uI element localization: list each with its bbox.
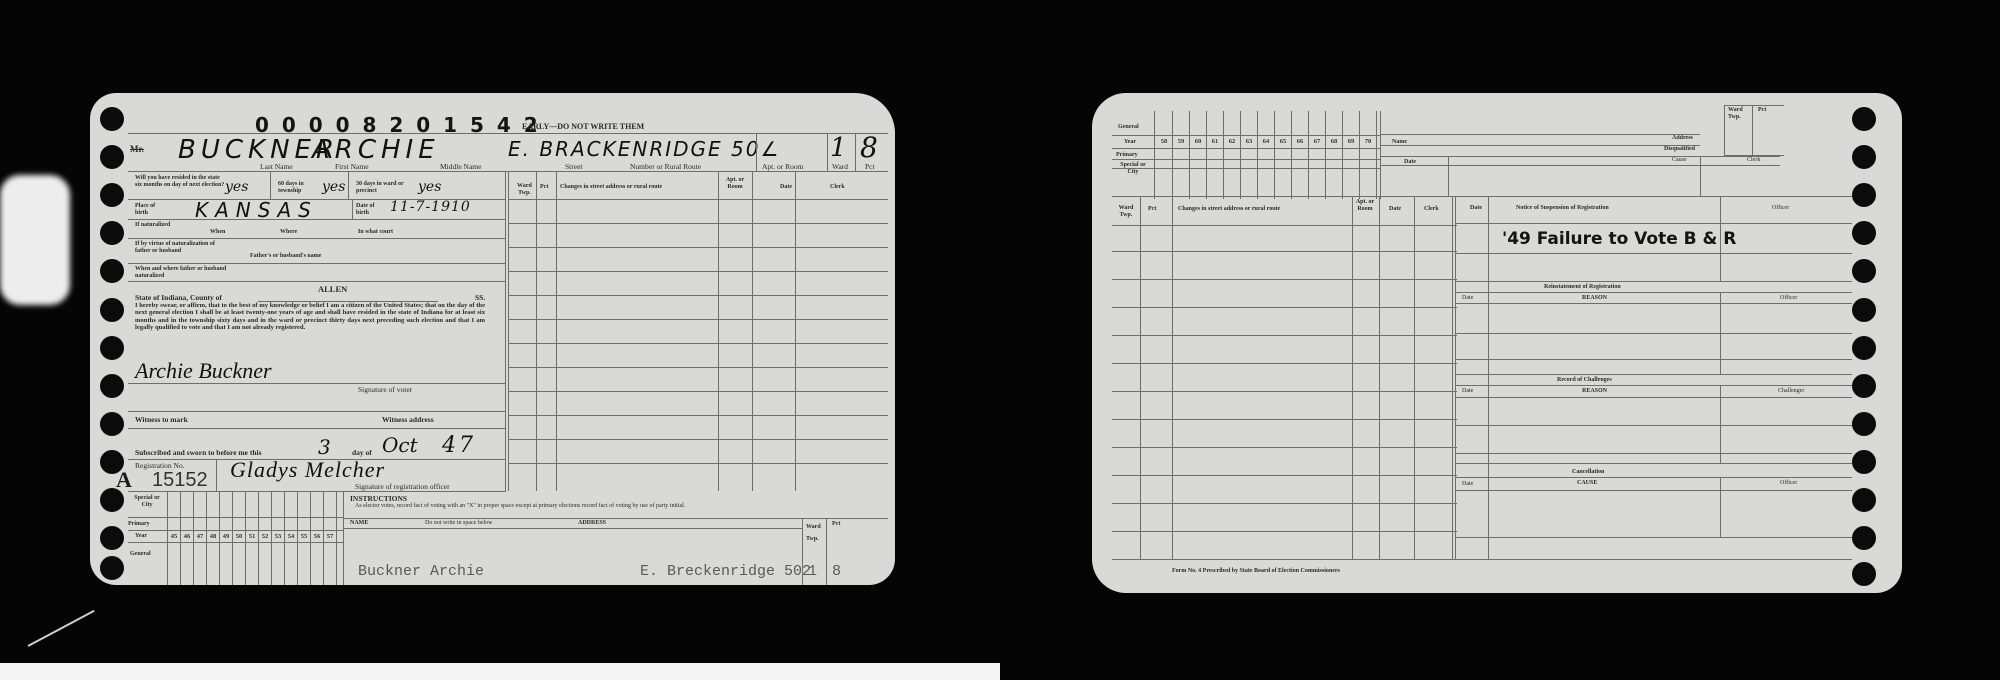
- middle-name-label: Middle Name: [440, 163, 481, 171]
- instructions-text: As elector votes, record fact of voting …: [355, 503, 835, 510]
- front-change-header-address: Changes in street address or rural route: [560, 184, 662, 191]
- officer-signature: Gladys Melcher: [230, 457, 385, 483]
- oath-text: I hereby swear, or affirm, that to the b…: [135, 302, 485, 332]
- naturalization-by-virtue-label: If by virtue of naturalization of father…: [135, 241, 230, 255]
- scan-edge-strip: [0, 663, 1000, 680]
- residence-answer-precinct: yes: [418, 179, 441, 195]
- first-name-label: First Name: [335, 163, 369, 171]
- front-grid-row-primary: Primary: [128, 521, 150, 528]
- top-notice: EARLY—DO NOT WRITE THEM: [522, 123, 644, 131]
- sworn-day-of-label: day of: [352, 449, 372, 457]
- back-grid-row-year: Year: [1124, 139, 1136, 146]
- back-change-header-ward: Ward Twp.: [1114, 205, 1138, 219]
- typed-name: Buckner Archie: [358, 563, 484, 580]
- naturalized-where-label: Where: [280, 229, 297, 236]
- front-grid-row-special: Special or City: [130, 495, 164, 509]
- apt-label: Apt. or Room: [762, 163, 803, 171]
- back-cause-label: Cause: [1672, 157, 1687, 164]
- father-naturalized-label: When and where father or husband natural…: [135, 266, 235, 280]
- registration-number: 15152: [152, 469, 208, 492]
- street-value: E. BRACKENRIDGE 50∠: [508, 137, 780, 161]
- residence-question-precinct: 30 days in ward or precinct: [356, 181, 416, 195]
- back-ward-label: Ward Twp.: [1728, 107, 1748, 121]
- instructions-name-label: NAME: [350, 520, 368, 527]
- sworn-label: Subscribed and sworn to before me this: [135, 449, 262, 457]
- witness-label: Witness to mark: [135, 416, 188, 424]
- challenges-title: Record of Challenges: [1557, 377, 1612, 384]
- back-grid-row-general: General: [1118, 124, 1139, 131]
- front-change-header-date: Date: [780, 184, 792, 191]
- registration-card-front: 0 0 0 0 8 2 0 1 5 4 2 EARLY—DO NOT WRITE…: [90, 93, 895, 585]
- front-grid-row-year: Year: [135, 533, 147, 540]
- back-change-header-date: Date: [1389, 206, 1401, 213]
- witness-address-label: Witness address: [382, 416, 434, 424]
- typed-pct: 8: [832, 563, 841, 580]
- reinstatement-date-label: Date: [1462, 295, 1473, 302]
- birthplace-label: Place of birth: [135, 203, 165, 217]
- challenges-reason-label: REASON: [1582, 388, 1607, 395]
- last-name-label: Last Name: [260, 163, 293, 171]
- sworn-day: 3: [318, 435, 334, 459]
- pct-value: 8: [860, 131, 881, 164]
- sworn-month: Oct: [382, 433, 418, 457]
- back-change-header-apt: Apt. or Room: [1354, 199, 1376, 213]
- back-disqualified-label: Disqualified: [1664, 146, 1695, 153]
- pct-label: Pct: [865, 163, 875, 171]
- residence-answer-township: yes: [322, 179, 345, 195]
- back-change-header-address: Changes in street address or rural route: [1178, 206, 1280, 213]
- residence-answer-state: yes: [225, 179, 248, 195]
- back-grid-row-special: Special or City: [1118, 162, 1148, 176]
- residence-question-state: Will you have resided in the state six m…: [135, 175, 225, 189]
- suspension-officer-label: Officer: [1772, 205, 1789, 212]
- registration-card-back: General Year Primary Special or City 58 …: [1092, 93, 1902, 593]
- back-clerk-label: Clerk: [1747, 157, 1760, 164]
- front-change-header-apt: Apt. or Room: [722, 177, 748, 191]
- punch-holes-left: [100, 93, 136, 585]
- typed-address: E. Breckenridge 502: [640, 563, 811, 580]
- challenges-date-label: Date: [1462, 388, 1473, 395]
- cancellation-cause-label: CAUSE: [1577, 480, 1597, 487]
- reinstatement-reason-label: REASON: [1582, 295, 1607, 302]
- birthdate-label: Date of birth: [356, 203, 384, 217]
- title-prefix: Mr.: [130, 145, 144, 153]
- first-name-value: ARCHIE: [312, 135, 440, 165]
- instructions-no-write: Do not write in space below: [425, 520, 492, 527]
- voter-signature-label: Signature of voter: [358, 386, 412, 394]
- father-name-label: Father's or husband's name: [250, 253, 321, 260]
- back-pct-label: Pct: [1758, 107, 1766, 114]
- suspension-title: Notice of Suspension of Registration: [1516, 205, 1609, 212]
- cancellation-date-label: Date: [1462, 481, 1473, 488]
- cancellation-officer-label: Officer: [1780, 480, 1797, 487]
- instructions-title: INSTRUCTIONS: [350, 495, 407, 503]
- registration-letter: A: [116, 467, 132, 493]
- film-scratch: [28, 610, 95, 647]
- back-grid-row-primary: Primary: [1116, 152, 1138, 159]
- reinstatement-title: Reinstatement of Registration: [1544, 284, 1621, 291]
- back-address-label: Address: [1672, 135, 1693, 142]
- instructions-address-label: ADDRESS: [578, 520, 606, 527]
- street-label: Street: [565, 163, 583, 171]
- county-value: ALLEN: [318, 285, 347, 293]
- oath-state-line: State of Indiana, County of: [135, 294, 222, 302]
- naturalized-when-label: When: [210, 229, 225, 236]
- front-change-header-pct: Pct: [540, 184, 548, 191]
- naturalized-label: If naturalized: [135, 222, 171, 229]
- instructions-pct-label: Pct: [832, 521, 840, 528]
- ward-value: 1: [830, 133, 850, 163]
- number-label: Number or Rural Route: [630, 163, 701, 171]
- voter-signature: Archie Buckner: [135, 358, 272, 384]
- challenges-challenger-label: Challenger: [1778, 388, 1804, 395]
- punch-holes-right: [1852, 93, 1888, 593]
- scanner-glare: [0, 175, 70, 305]
- typed-ward: 1: [808, 563, 817, 580]
- officer-signature-label: Signature of registration officer: [355, 483, 450, 491]
- form-footer: Form No. 4 Prescribed by State Board of …: [1172, 568, 1340, 575]
- front-grid-row-general: General: [130, 551, 151, 558]
- suspension-date-label: Date: [1470, 205, 1482, 212]
- back-change-header-pct: Pct: [1148, 206, 1156, 213]
- oath-ss: SS.: [475, 294, 485, 302]
- back-change-header-clerk: Clerk: [1424, 206, 1439, 213]
- birthdate-value: 11-7-1910: [390, 199, 471, 215]
- residence-question-township: 60 days in township: [278, 181, 328, 195]
- suspension-stamp: '49 Failure to Vote B & R: [1502, 229, 1736, 249]
- sworn-year: 47: [442, 433, 476, 458]
- ward-label: Ward: [832, 163, 848, 171]
- instructions-ward-label: Ward Twp.: [806, 521, 824, 545]
- front-change-header-clerk: Clerk: [830, 184, 845, 191]
- reinstatement-officer-label: Officer: [1780, 295, 1797, 302]
- naturalized-court-label: In what court: [358, 229, 393, 236]
- cancellation-title: Cancellation: [1572, 469, 1604, 476]
- front-change-header-ward: Ward Twp.: [512, 183, 537, 197]
